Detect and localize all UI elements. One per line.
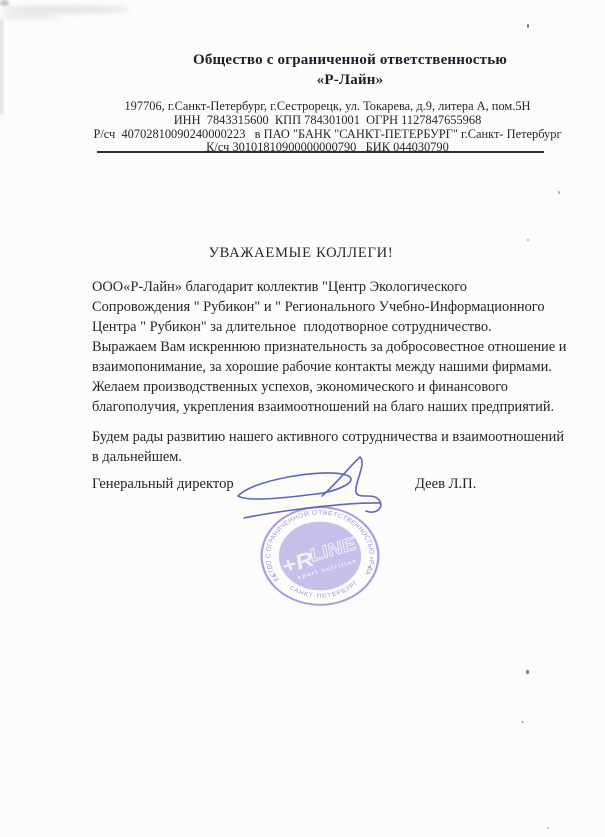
org-name: «Р-Лайн»: [100, 70, 600, 90]
signature-role: Генеральный директор: [92, 476, 234, 493]
header-rule: [97, 151, 544, 153]
body-line: взаимопонимание, за хорошие рабочие конт…: [92, 357, 562, 377]
stamp-star-icon: ✶: [271, 573, 277, 580]
letterhead-corr-line: К/сч 30101810900000000790 БИК 044030790: [70, 141, 585, 155]
scanned-letter-page: { "letterhead": { "org_type": "Общество …: [0, 0, 605, 837]
letterhead-details: 197706, г.Санкт-Петербург, г.Сестрорецк,…: [70, 100, 585, 155]
body-line: благополучия, укрепления взаимоотношений…: [92, 397, 562, 417]
signature-loop: [238, 473, 351, 499]
scan-speck: [526, 670, 529, 674]
scan-speck: [558, 191, 560, 194]
body-line: Выражаем Вам искреннюю признательность з…: [92, 337, 562, 357]
letterhead-account-line: Р/сч 40702810090240000223 в ПАО "БАНК "С…: [70, 128, 585, 142]
letterhead-address: 197706, г.Санкт-Петербург, г.Сестрорецк,…: [70, 100, 585, 114]
scan-speck: [527, 24, 529, 28]
letterhead-inn-line: ИНН 7843315600 КПП 784301001 ОГРН 112784…: [70, 114, 585, 128]
body-line: Желаем производственных успехов, экономи…: [92, 377, 562, 397]
scan-edge-shadow: [0, 19, 3, 114]
body-line: ООО«Р-Лайн» благодарит коллектив "Центр …: [92, 277, 562, 297]
scan-speck: [527, 239, 529, 241]
signature-scribble: [226, 452, 401, 532]
letterhead: Общество с ограниченной ответственностью…: [100, 50, 600, 90]
org-type: Общество с ограниченной ответственностью: [100, 50, 600, 70]
scan-speck: [521, 721, 524, 723]
scan-smudge: [0, 13, 60, 19]
signature-underline: [244, 503, 380, 518]
body-paragraph-1: ООО«Р-Лайн» благодарит коллектив "Центр …: [92, 277, 562, 417]
scan-mark: [0, 0, 9, 6]
signature-name: Деев Л.П.: [415, 476, 476, 493]
stamp-star-icon: ✶: [366, 565, 372, 572]
scan-smudge: [0, 6, 130, 13]
salutation: УВАЖАЕМЫЕ КОЛЛЕГИ!: [51, 245, 551, 262]
body-line: Сопровождения " Рубикон" и " Регионально…: [92, 297, 562, 317]
scan-speck: [547, 827, 549, 829]
body-line: Центра " Рубикон" за длительное плодотво…: [92, 317, 562, 337]
body-line: Будем рады развитию нашего активного сот…: [92, 427, 562, 447]
